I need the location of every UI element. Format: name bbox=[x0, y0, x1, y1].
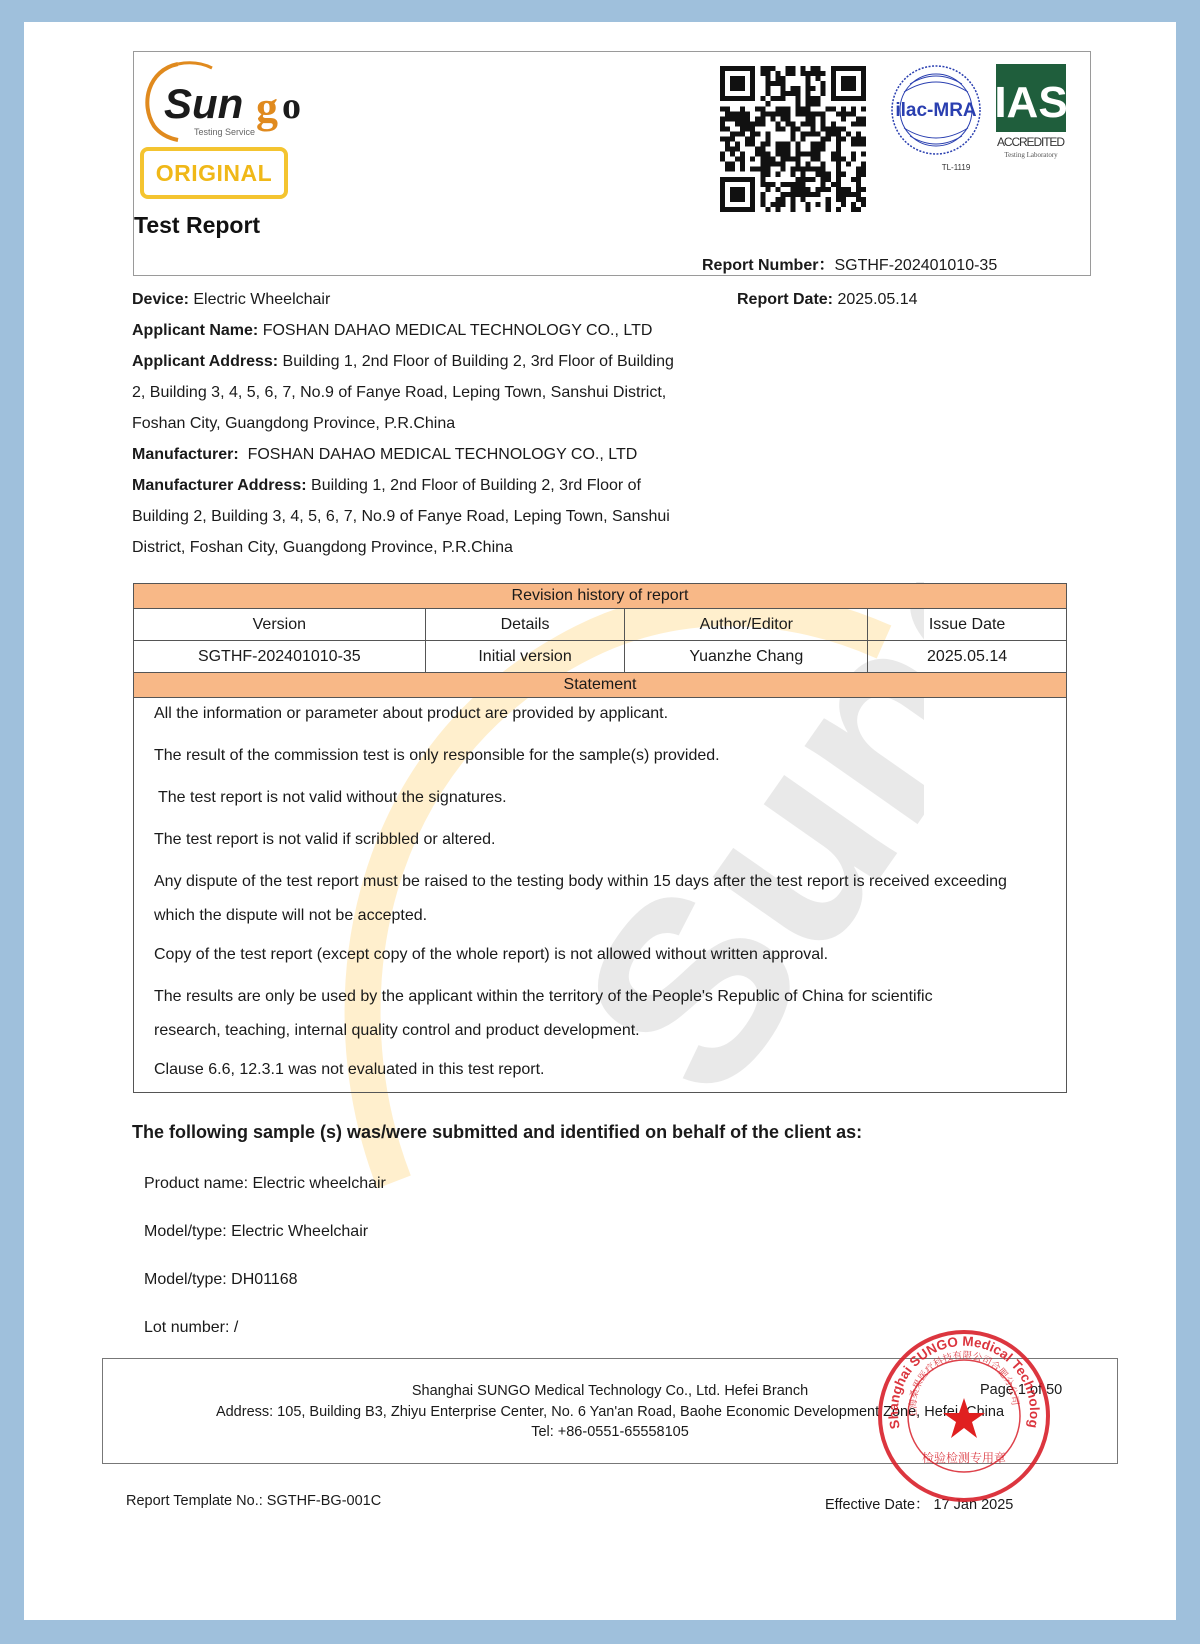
details-cell: Initial version bbox=[425, 641, 625, 673]
column-header: Version bbox=[134, 609, 426, 641]
svg-text:Sun: Sun bbox=[164, 80, 243, 127]
sample-item: Model/type: Electric Wheelchair bbox=[144, 1208, 386, 1256]
page-title: Test Report bbox=[134, 212, 260, 239]
column-header: Author/Editor bbox=[625, 609, 868, 641]
ias-accredited-logo-icon: IAS ACCREDITED Testing Laboratory bbox=[994, 62, 1068, 166]
statement-item: Any dispute of the test report must be r… bbox=[154, 865, 1046, 933]
manufacturer-row: Manufacturer: FOSHAN DAHAO MEDICAL TECHN… bbox=[132, 439, 732, 470]
author-cell: Yuanzhe Chang bbox=[625, 641, 868, 673]
applicant-name-row: Applicant Name: FOSHAN DAHAO MEDICAL TEC… bbox=[132, 315, 732, 346]
column-header: Details bbox=[425, 609, 625, 641]
svg-text:TL-1119: TL-1119 bbox=[942, 163, 971, 172]
report-date: Report Date: 2025.05.14 bbox=[737, 284, 918, 315]
statement-item: The results are only be used by the appl… bbox=[154, 980, 1046, 1048]
manufacturer-address-line: Building 2, Building 3, 4, 5, 6, 7, No.9… bbox=[132, 501, 732, 532]
sungo-logo: Sun g o Testing Service bbox=[138, 56, 328, 146]
statement-title: Statement bbox=[134, 673, 1067, 698]
company-seal-stamp-icon: Shanghai SUNGO Medical Technology Co., L… bbox=[876, 1328, 1052, 1504]
svg-text:Testing Laboratory: Testing Laboratory bbox=[1004, 151, 1058, 159]
statement-item: Copy of the test report (except copy of … bbox=[154, 945, 1046, 965]
revision-table-title: Revision history of report bbox=[134, 584, 1067, 609]
svg-text:o: o bbox=[282, 85, 301, 127]
report-number: Report Number：SGTHF-202401010-35 bbox=[702, 252, 997, 275]
statement-item: The test report is not valid without the… bbox=[154, 788, 1046, 808]
svg-text:g: g bbox=[256, 83, 278, 132]
sample-heading: The following sample (s) was/were submit… bbox=[132, 1122, 862, 1143]
svg-text:ilac-MRA: ilac-MRA bbox=[895, 100, 977, 121]
applicant-address-row: Applicant Address: Building 1, 2nd Floor… bbox=[132, 346, 732, 377]
table-header-row: Version Details Author/Editor Issue Date bbox=[134, 609, 1067, 641]
report-header: Sun g o Testing Service ORIGINAL Test Re… bbox=[133, 51, 1091, 276]
statement-item: The test report is not valid if scribble… bbox=[154, 830, 1046, 850]
statement-item: All the information or parameter about p… bbox=[154, 704, 1046, 724]
revision-history-table: Revision history of report Version Detai… bbox=[133, 583, 1067, 1093]
issue-date-cell: 2025.05.14 bbox=[868, 641, 1067, 673]
original-badge: ORIGINAL bbox=[140, 147, 288, 199]
svg-text:检验检测专用章: 检验检测专用章 bbox=[922, 1450, 1006, 1465]
report-info: Device: Electric Wheelchair Applicant Na… bbox=[132, 284, 732, 563]
device-row: Device: Electric Wheelchair bbox=[132, 284, 732, 315]
manufacturer-address-line: District, Foshan City, Guangdong Provinc… bbox=[132, 532, 732, 563]
applicant-address-line: Foshan City, Guangdong Province, P.R.Chi… bbox=[132, 408, 732, 439]
svg-text:Testing Service: Testing Service bbox=[194, 127, 255, 137]
applicant-address-line: 2, Building 3, 4, 5, 6, 7, No.9 of Fanye… bbox=[132, 377, 732, 408]
statement-item: Clause 6.6, 12.3.1 was not evaluated in … bbox=[154, 1060, 1046, 1080]
report-page: Sungo Sun g o Testing Service ORIGINAL T… bbox=[24, 22, 1176, 1620]
sample-item: Product name: Electric wheelchair bbox=[144, 1160, 386, 1208]
table-row: SGTHF-202401010-35 Initial version Yuanz… bbox=[134, 641, 1067, 673]
sample-item: Lot number: / bbox=[144, 1304, 386, 1352]
column-header: Issue Date bbox=[868, 609, 1067, 641]
statement-body: All the information or parameter about p… bbox=[134, 698, 1067, 1093]
statement-item: The result of the commission test is onl… bbox=[154, 746, 1046, 766]
version-cell: SGTHF-202401010-35 bbox=[134, 641, 426, 673]
ilac-mra-logo-icon: ilac-MRA TL-1119 bbox=[888, 62, 984, 182]
svg-text:ACCREDITED: ACCREDITED bbox=[997, 135, 1065, 149]
manufacturer-address-row: Manufacturer Address: Building 1, 2nd Fl… bbox=[132, 470, 732, 501]
sample-item: Model/type: DH01168 bbox=[144, 1256, 386, 1304]
template-number: Report Template No.: SGTHF-BG-001C bbox=[126, 1493, 381, 1509]
svg-text:IAS: IAS bbox=[994, 78, 1067, 127]
sample-list: Product name: Electric wheelchair Model/… bbox=[144, 1160, 386, 1352]
qr-code-icon[interactable] bbox=[720, 66, 866, 212]
